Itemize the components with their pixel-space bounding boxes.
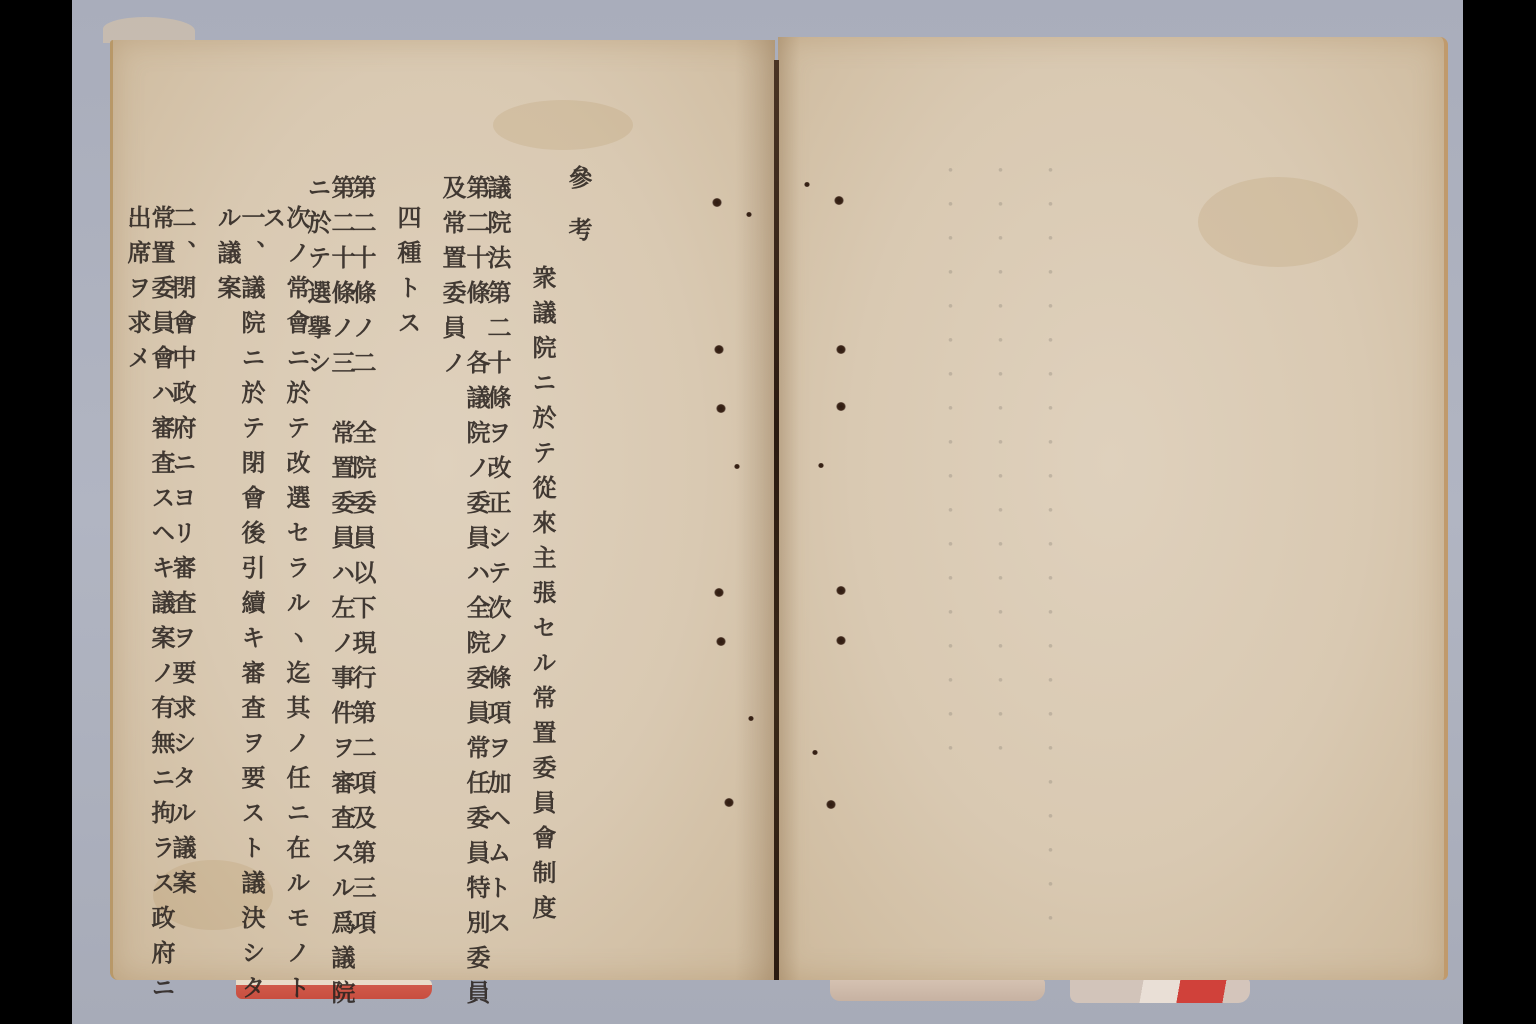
binding-hole [836,636,846,645]
binding-hole [714,588,724,597]
show-through-column: ・・・・・・・・・・・・・・・・・・ [935,160,964,772]
binding-hole [746,212,752,217]
binding-hole [716,637,726,646]
text-column-6: 第二十條ノ三 常置委員ハ左ノ事件ヲ審査スル爲議院ニ於テ選擧シ [305,175,353,1024]
binding-hole [748,716,754,721]
right-page [778,37,1448,980]
binding-hole [804,182,810,187]
binding-hole [834,196,844,205]
binding-hole [836,402,846,411]
show-through-column: ・・・・・・・・・・・・・・・・・・・・・・・ [1035,160,1064,942]
binding-hole [818,463,824,468]
text-column-7: 次ノ常會ニ於テ改選セラルヽ迄其ノ任ニ在ルモノトス [260,205,308,1024]
gutter-shadow [735,40,775,980]
binding-hole [836,345,846,354]
gutter-shadow [778,37,800,980]
binding-hole [712,198,722,207]
text-column-3: 第二十條 各議院ノ委員ハ全院委員常任委員特別委員及常置委員ノ [440,175,488,1024]
image-frame: 參考 衆議院ニ於テ從來主張セル常置委員會制度 議院法第二十條ヲ改正シテ次ノ條項ヲ… [0,0,1536,1024]
heading-sanko: 參考 [566,165,590,269]
show-through-column: ・・・・・・・・・・・・・・・・・・ [985,160,1014,772]
text-column-8: 一、議院ニ於テ閉會後引續キ審査ヲ要スト議決シタル議案 [215,205,263,1024]
binding-hole [716,404,726,413]
binding-hole [826,800,836,809]
binding-hole [734,464,740,469]
text-column-1: 衆議院ニ於テ從來主張セル常置委員會制度 [530,265,554,930]
book-spine [774,60,779,980]
torn-paper-tab [830,979,1045,1001]
paper-stain [1198,177,1358,267]
binding-hole [724,798,734,807]
binding-hole [714,345,724,354]
paper-stain [493,100,633,150]
binding-hole [812,750,818,755]
torn-red-paper-tab [1070,979,1250,1003]
text-column-4: 四種トス [395,205,419,345]
text-column-10: 常置委員會ハ審査スヘキ議案ノ有無ニ拘ラス政府ニ出席ヲ求メ [125,205,173,1024]
binding-hole [836,586,846,595]
